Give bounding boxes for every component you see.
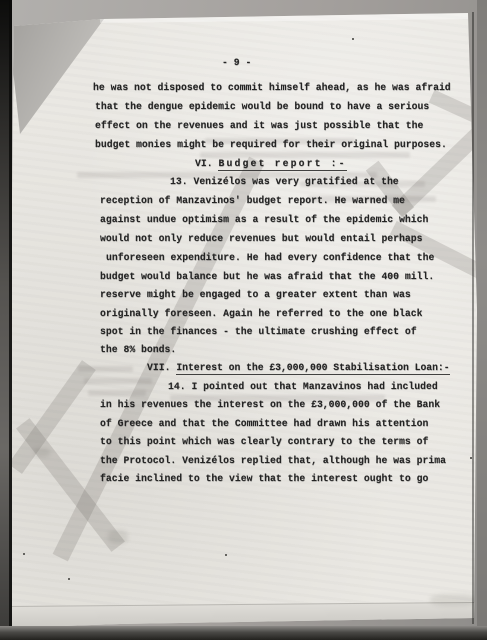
typewritten-line: in his revenues the interest on the £3,0… bbox=[100, 399, 440, 411]
typewritten-line: unforeseen expenditure. He had every con… bbox=[106, 252, 434, 264]
paper-right-edge-shadow bbox=[472, 12, 474, 624]
typewritten-line: budget would balance but he was afraid t… bbox=[100, 271, 434, 283]
ink-speck bbox=[225, 554, 227, 556]
typewritten-line: spot in the finances - the ultimate crus… bbox=[100, 326, 417, 338]
typewritten-line: he was not disposed to commit himself ah… bbox=[93, 82, 451, 94]
typewritten-line: reception of Manzavinos' budget report. … bbox=[100, 195, 405, 207]
ink-speck bbox=[23, 553, 25, 555]
paper-sheet: - 9 -he was not disposed to commit himse… bbox=[0, 0, 487, 640]
scanner-left-edge-line bbox=[9, 0, 12, 640]
typewritten-line: that the dengue epidemic would be bound … bbox=[95, 101, 429, 113]
bleed-through-text-line bbox=[78, 366, 133, 372]
ink-speck bbox=[352, 38, 354, 40]
section-heading-vii: VII. Interest on the £3,000,000 Stabilis… bbox=[147, 362, 450, 374]
typewritten-line: would not only reduce revenues but would… bbox=[100, 233, 423, 245]
typewritten-line: the 8% bonds. bbox=[100, 344, 176, 356]
ink-speck bbox=[68, 578, 70, 580]
paper-smudge bbox=[34, 448, 50, 457]
typewritten-line: against undue optimism as a result of th… bbox=[100, 214, 428, 226]
typewritten-line: effect on the revenues and it was just p… bbox=[95, 120, 423, 132]
bleed-through-text-line bbox=[88, 390, 146, 396]
paper-smudge bbox=[108, 530, 128, 544]
paper-smudge bbox=[430, 594, 478, 606]
section-heading-vi: VI. Budget report :- bbox=[195, 158, 347, 170]
typewritten-line: 14. I pointed out that Manzavinos had in… bbox=[168, 381, 438, 393]
scanner-right-edge bbox=[477, 0, 487, 640]
scanned-document-page: - 9 -he was not disposed to commit himse… bbox=[0, 0, 487, 640]
page-number: - 9 - bbox=[222, 57, 251, 69]
typewritten-line: of Greece and that the Committee had dra… bbox=[100, 418, 428, 430]
scanner-bottom-edge bbox=[0, 626, 487, 640]
typewritten-line: facie inclined to the view that the inte… bbox=[100, 473, 428, 485]
typewritten-line: reserve might be engaged to a greater ex… bbox=[100, 289, 411, 301]
typewritten-line: to this point which was clearly contrary… bbox=[100, 436, 428, 448]
typewritten-line: the Protocol. Venizélos replied that, al… bbox=[100, 455, 446, 467]
typewritten-line: 13. Venizélos was very gratified at the bbox=[170, 176, 399, 188]
typewritten-line: budget monies might be required for thei… bbox=[95, 139, 447, 151]
archive-watermark bbox=[0, 0, 487, 640]
bleed-through-text-line bbox=[84, 378, 152, 384]
typewritten-line: originally foreseen. Again he referred t… bbox=[100, 308, 423, 320]
